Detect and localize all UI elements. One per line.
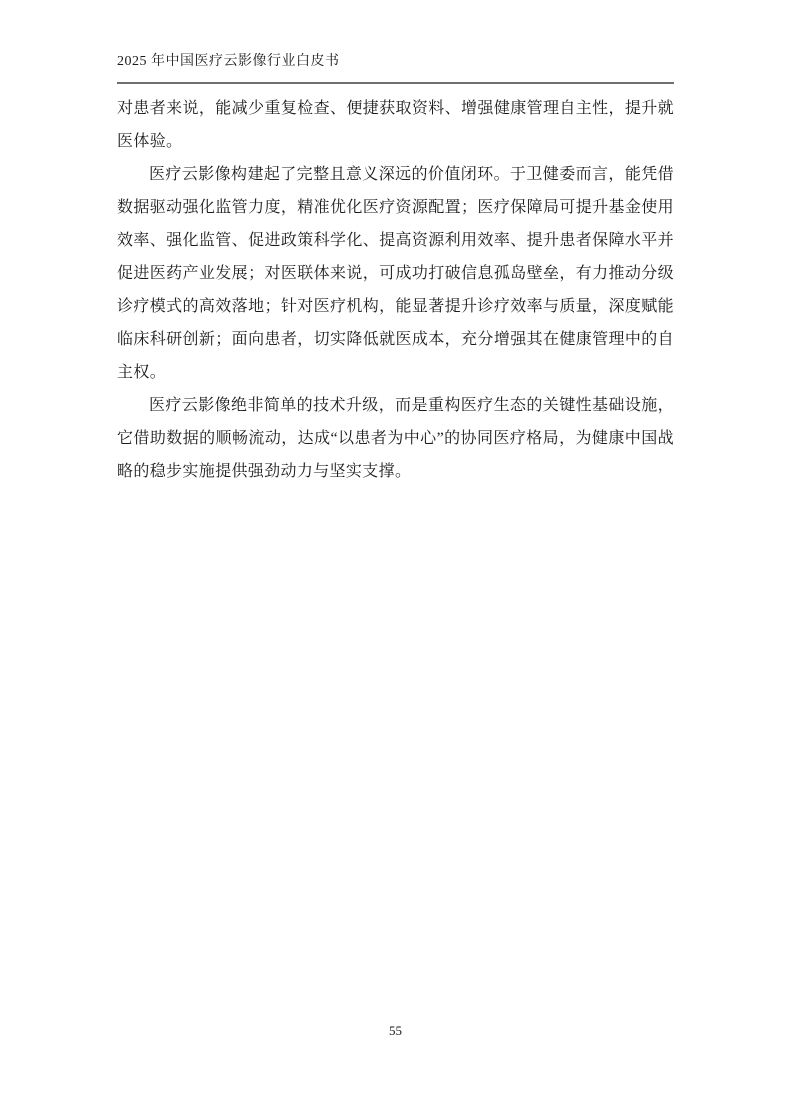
- header-divider: [117, 82, 674, 84]
- paragraph-conclusion: 医疗云影像绝非简单的技术升级，而是重构医疗生态的关键性基础设施，它借助数据的顺畅…: [117, 389, 674, 488]
- document-page: 2025 年中国医疗云影像行业白皮书 对患者来说，能减少重复检查、便捷获取资料、…: [0, 0, 790, 1117]
- document-body: 对患者来说，能减少重复检查、便捷获取资料、增强健康管理自主性，提升就医体验。 医…: [117, 92, 674, 488]
- paragraph-value-loop: 医疗云影像构建起了完整且意义深远的价值闭环。于卫健委而言，能凭借数据驱动强化监管…: [117, 158, 674, 389]
- paragraph-continuation: 对患者来说，能减少重复检查、便捷获取资料、增强健康管理自主性，提升就医体验。: [117, 92, 674, 158]
- page-number: 55: [117, 1022, 674, 1040]
- header-title: 2025 年中国医疗云影像行业白皮书: [117, 52, 674, 72]
